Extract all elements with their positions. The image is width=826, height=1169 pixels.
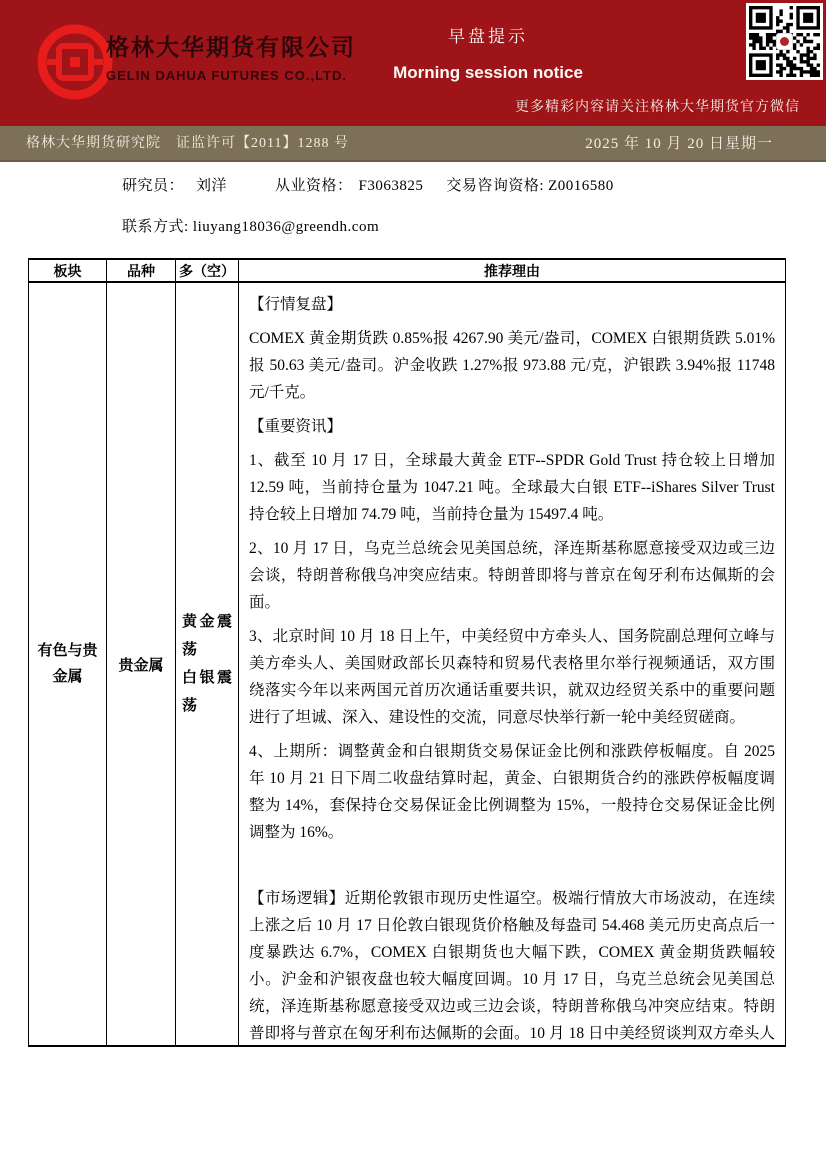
- masthead: 格林大华期货有限公司 GELIN DAHUA FUTURES CO.,LTD. …: [0, 0, 826, 126]
- cell-sector: 有色与贵金属: [29, 283, 107, 1045]
- reason-paragraph: 2、10 月 17 日，乌克兰总统会见美国总统，泽连斯基称愿意接受双边或三边会谈…: [249, 535, 775, 616]
- contact-label: 联系方式:: [122, 219, 189, 235]
- cell-position: 黄金震荡 白银震荡: [176, 283, 239, 1045]
- report-title-en: Morning session notice: [375, 63, 601, 83]
- variety-value: 贵金属: [118, 654, 163, 675]
- qualification-number: F3063825: [359, 178, 424, 194]
- position-value: 黄金震荡 白银震荡: [182, 608, 232, 720]
- company-name-cn: 格林大华期货有限公司: [106, 29, 356, 62]
- institute-license: 格林大华期货研究院 证监许可【2011】1288 号: [26, 132, 349, 152]
- wechat-note: 更多精彩内容请关注格林大华期货官方微信: [515, 96, 800, 116]
- recommendation-table: 板块 品种 多（空） 推荐理由 有色与贵金属 贵金属 黄金震荡 白银震荡 【行情…: [28, 258, 786, 1047]
- report-title-cn: 早盘提示: [375, 22, 601, 47]
- company-logo-icon: [33, 20, 117, 104]
- reason-paragraph: 【重要资讯】: [249, 413, 775, 440]
- researcher-block: 研究员：刘洋从业资格：F3063825交易咨询资格:Z0016580 联系方式:…: [122, 174, 614, 236]
- morning-notice-page: 格林大华期货有限公司 GELIN DAHUA FUTURES CO.,LTD. …: [0, 0, 826, 1169]
- position-silver: 白银震荡: [182, 664, 232, 720]
- contact-email: liuyang18036@greendh.com: [193, 219, 379, 235]
- researcher-row-2: 联系方式: liuyang18036@greendh.com: [122, 215, 614, 236]
- sector-value: 有色与贵金属: [36, 638, 100, 690]
- reason-paragraph: 【行情复盘】: [249, 291, 775, 318]
- company-name-en: GELIN DAHUA FUTURES CO.,LTD.: [106, 68, 356, 83]
- header-reason: 推荐理由: [239, 260, 785, 281]
- researcher-row-1: 研究员：刘洋从业资格：F3063825交易咨询资格:Z0016580: [122, 174, 614, 195]
- header-sector: 板块: [29, 260, 107, 281]
- report-date: 2025 年 10 月 20 日星期一: [585, 132, 773, 153]
- reason-paragraph: 4、上期所：调整黄金和白银期货交易保证金比例和涨跌停板幅度。自 2025 年 1…: [249, 738, 775, 846]
- table-row: 有色与贵金属 贵金属 黄金震荡 白银震荡 【行情复盘】 COMEX 黄金期货跌 …: [29, 283, 785, 1045]
- researcher-name-label: 研究员：: [122, 178, 184, 194]
- company-name-block: 格林大华期货有限公司 GELIN DAHUA FUTURES CO.,LTD.: [106, 29, 356, 83]
- table-header-row: 板块 品种 多（空） 推荐理由: [29, 260, 785, 283]
- reason-paragraph: 3、北京时间 10 月 18 日上午，中美经贸中方牵头人、国务院副总理何立峰与美…: [249, 623, 775, 731]
- cell-reason: 【行情复盘】 COMEX 黄金期货跌 0.85%报 4267.90 美元/盎司，…: [239, 283, 785, 1045]
- position-gold: 黄金震荡: [182, 608, 232, 664]
- header-variety: 品种: [107, 260, 176, 281]
- researcher-name: 刘洋: [196, 178, 227, 194]
- reason-paragraph: 【市场逻辑】近期伦敦银市现历史性逼空。极端行情放大市场波动，在连续上涨之后 10…: [249, 885, 775, 1045]
- qualification-label: 从业资格：: [275, 178, 353, 194]
- header-position: 多（空）: [176, 260, 239, 281]
- advisory-label: 交易咨询资格:: [446, 178, 544, 194]
- reason-paragraph: COMEX 黄金期货跌 0.85%报 4267.90 美元/盎司，COMEX 白…: [249, 325, 775, 406]
- info-bar: 格林大华期货研究院 证监许可【2011】1288 号 2025 年 10 月 2…: [0, 126, 826, 162]
- advisory-number: Z0016580: [548, 178, 614, 194]
- cell-variety: 贵金属: [107, 283, 176, 1045]
- reason-paragraph: 1、截至 10 月 17 日，全球最大黄金 ETF--SPDR Gold Tru…: [249, 447, 775, 528]
- report-title-block: 早盘提示 Morning session notice: [375, 22, 601, 83]
- qr-center-logo-icon: [776, 33, 793, 50]
- qr-code: [746, 3, 823, 80]
